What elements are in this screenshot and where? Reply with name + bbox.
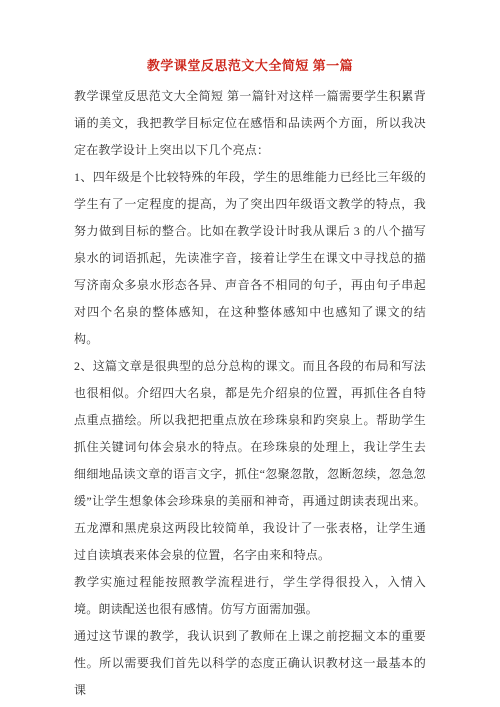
document-title: 教学课堂反思范文大全简短 第一篇 <box>74 52 426 79</box>
document-content: 教学课堂反思范文大全简短 第一篇 教学课堂反思范文大全简短 第一篇针对这样一篇需… <box>74 52 426 704</box>
paragraph-list: 教学课堂反思范文大全简短 第一篇针对这样一篇需要学生积累背诵的美文，我把教学目标… <box>74 83 426 704</box>
paragraph: 2、这篇文章是很典型的总分总构的课文。而且各段的布局和写法也很相似。介绍四大名泉… <box>74 353 426 569</box>
paragraph: 教学课堂反思范文大全简短 第一篇针对这样一篇需要学生积累背诵的美文，我把教学目标… <box>74 83 426 164</box>
paragraph: 通过这节课的教学，我认识到了教师在上课之前挖掘文本的重要性。所以需要我们首先以科… <box>74 623 426 704</box>
document-page: 教学课堂反思范文大全简短 第一篇 教学课堂反思范文大全简短 第一篇针对这样一篇需… <box>0 0 500 707</box>
paragraph: 教学实施过程能按照教学流程进行，学生学得很投入，入情入境。朗读配送也很有感情。仿… <box>74 569 426 623</box>
paragraph: 1、四年级是个比较特殊的年段，学生的思维能力已经比三年级的学生有了一定程度的提高… <box>74 164 426 353</box>
